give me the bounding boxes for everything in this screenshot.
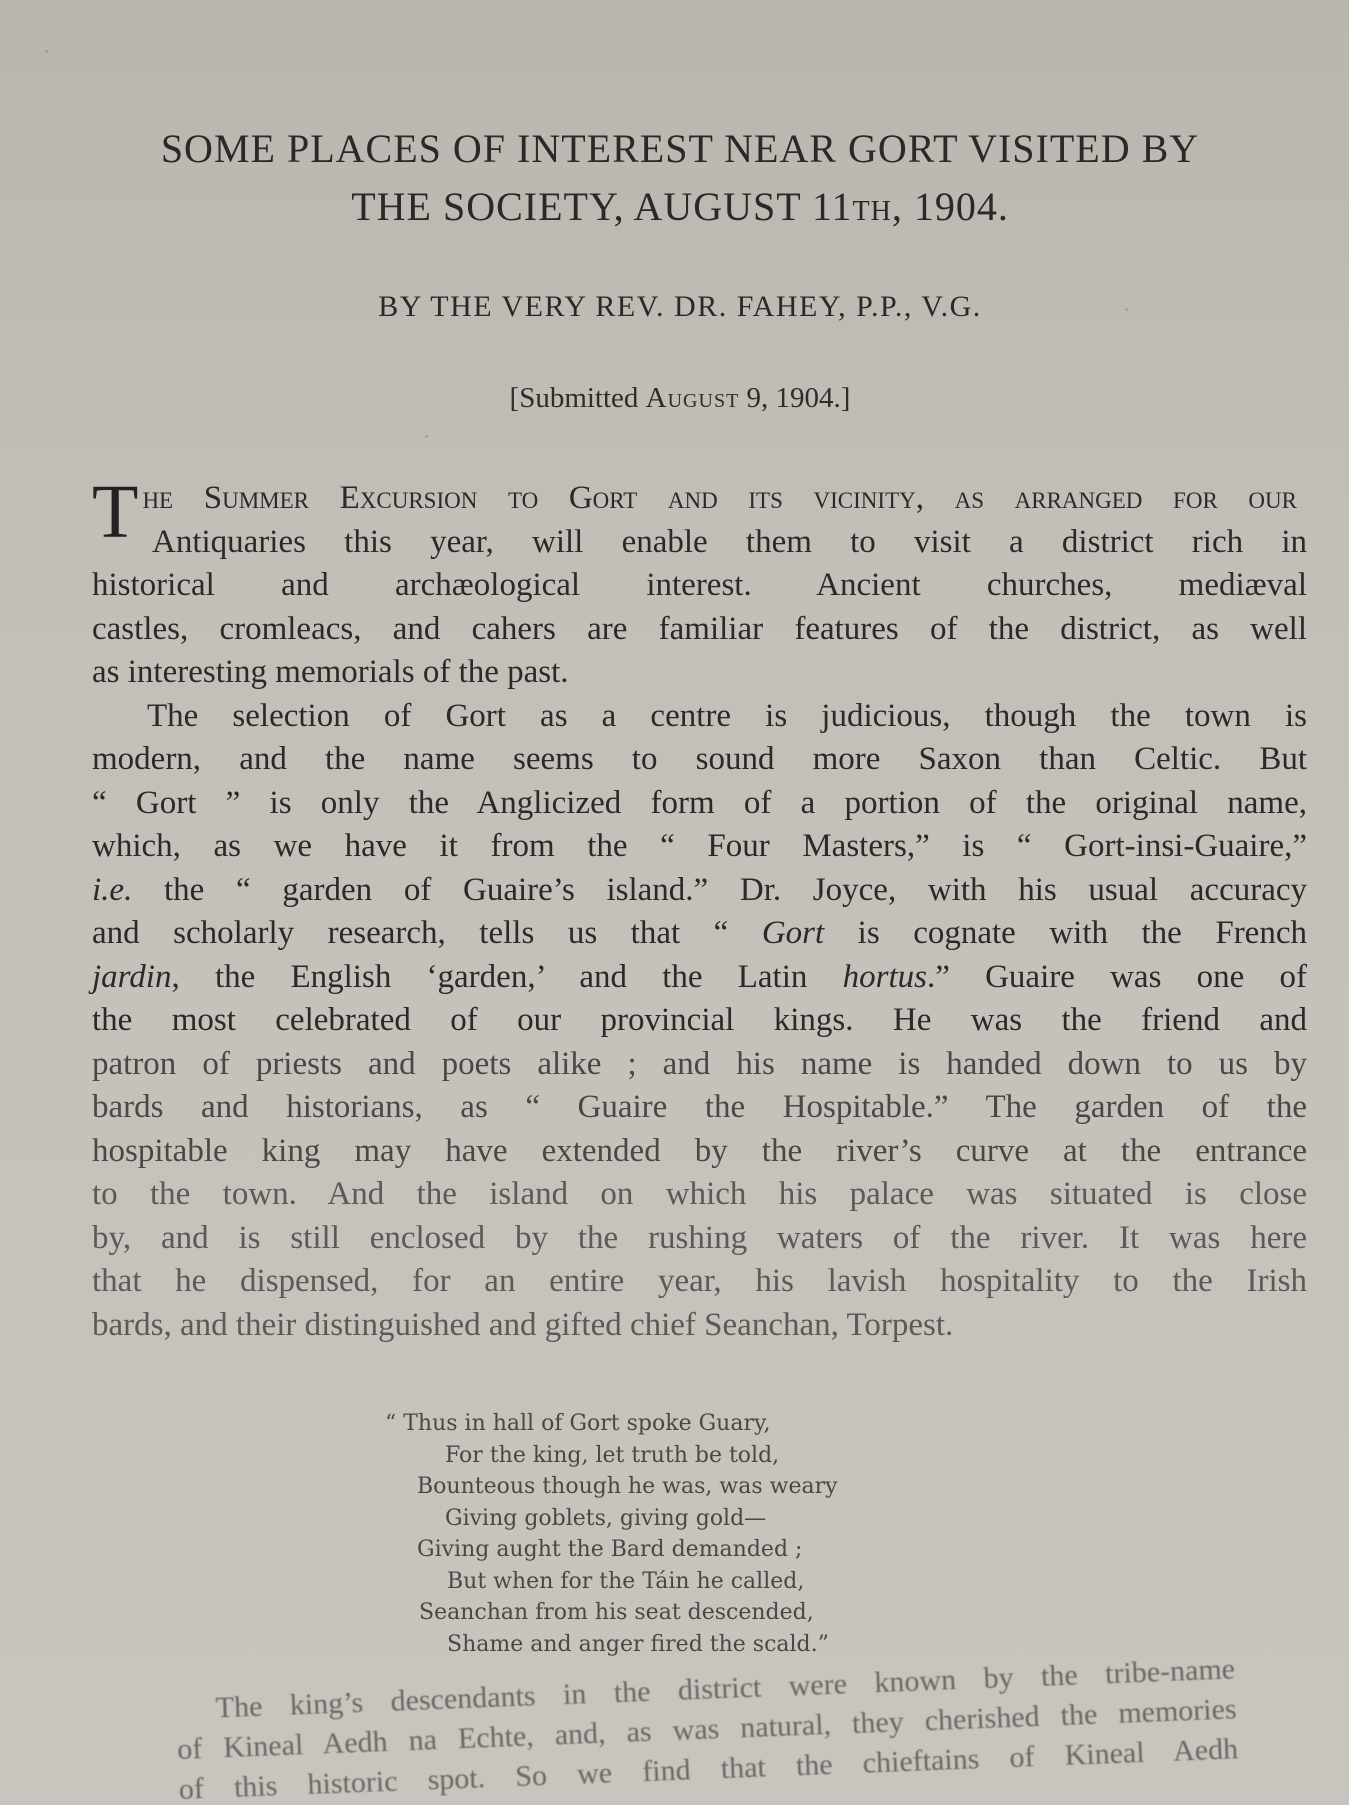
submitted-month: August — [646, 382, 740, 414]
paragraph-line: modern, and the name seems to sound more… — [92, 738, 1307, 782]
paragraph-line: he Summer Excursion to Gort and its vici… — [92, 477, 1297, 521]
poem-quotation: “ Thus in hall of Gort spoke Guary, For … — [385, 1408, 838, 1660]
paragraph-line: that he dispensed, for an entire year, h… — [92, 1260, 1307, 1304]
paragraph-line: the most celebrated of our provincial ki… — [92, 999, 1307, 1043]
paragraph-line: “ Gort ” is only the Anglicized form of … — [92, 782, 1307, 826]
paper-speck — [1125, 308, 1128, 311]
article-title: SOME PLACES OF INTEREST NEAR GORT VISITE… — [90, 120, 1270, 241]
title-line-1: SOME PLACES OF INTEREST NEAR GORT VISITE… — [90, 120, 1270, 178]
submitted-date: [Submitted August 9, 1904.] — [90, 382, 1270, 415]
poem-line: Shame and anger fired the scald.” — [385, 1629, 838, 1661]
author-byline: BY THE VERY REV. DR. FAHEY, P.P., V.G. — [90, 290, 1270, 324]
paragraph-line: jardin, the English ‘garden,’ and the La… — [92, 956, 1307, 1000]
paragraph-line: which, as we have it from the “ Four Mas… — [92, 825, 1307, 869]
italic-hortus: hortus — [843, 959, 927, 995]
title-date-prefix: THE SOCIETY, AUGUST — [351, 184, 812, 229]
poem-line: But when for the Táin he called, — [385, 1566, 838, 1598]
paragraph-line: bards, and their distinguished and gifte… — [92, 1304, 1307, 1348]
poem-line: Giving aught the Bard demanded ; — [385, 1534, 838, 1566]
submitted-label: [Submitted — [510, 382, 646, 414]
paragraph-line: hospitable king may have extended by the… — [92, 1130, 1307, 1174]
italic-jardin: jardin — [92, 959, 171, 995]
paragraph-line: by, and is still enclosed by the rushing… — [92, 1217, 1307, 1261]
poem-line: For the king, let truth be told, — [385, 1440, 838, 1472]
italic-gort: Gort — [762, 915, 824, 951]
article-body: T he Summer Excursion to Gort and its vi… — [92, 477, 1307, 1347]
poem-line: “ Thus in hall of Gort spoke Guary, — [385, 1408, 838, 1440]
title-date-suffix: TH — [852, 196, 891, 227]
poem-line: Giving goblets, giving gold— — [385, 1503, 838, 1535]
poem-line: Seanchan from his seat descended, — [385, 1597, 838, 1629]
paragraph-line: to the town. And the island on which his… — [92, 1173, 1307, 1217]
paragraph-line: i.e. the “ garden of Guaire’s island.” D… — [92, 869, 1307, 913]
paper-speck — [425, 435, 428, 438]
paragraph-line: castles, cromleacs, and cahers are famil… — [92, 608, 1307, 652]
title-date-year: , 1904. — [892, 184, 1009, 229]
title-date-day: 11 — [812, 184, 853, 229]
paragraph-2: The selection of Gort as a centre is jud… — [92, 695, 1307, 1348]
paragraph-line: as interesting memorials of the past. — [92, 651, 1307, 695]
paragraph-line: and scholarly research, tells us that “ … — [92, 912, 1307, 956]
submitted-day-year: 9, 1904.] — [739, 382, 850, 414]
drop-cap: T — [92, 481, 138, 543]
paragraph-line: bards and historians, as “ Guaire the Ho… — [92, 1086, 1307, 1130]
paragraph-1: T he Summer Excursion to Gort and its vi… — [92, 477, 1307, 695]
title-line-2: THE SOCIETY, AUGUST 11TH, 1904. — [90, 178, 1270, 241]
paragraph-3: The king’s descendants in the district w… — [175, 1649, 1239, 1805]
paper-speck — [45, 50, 48, 53]
italic-ie: i.e. — [92, 872, 132, 908]
paragraph-line: patron of priests and poets alike ; and … — [92, 1043, 1307, 1087]
paragraph-line: The selection of Gort as a centre is jud… — [92, 695, 1307, 739]
paragraph-line: Antiquaries this year, will enable them … — [92, 521, 1307, 565]
paragraph-line: historical and archæological interest. A… — [92, 564, 1307, 608]
document-page: SOME PLACES OF INTEREST NEAR GORT VISITE… — [0, 0, 1349, 1805]
poem-line: Bounteous though he was, was weary — [385, 1471, 838, 1503]
